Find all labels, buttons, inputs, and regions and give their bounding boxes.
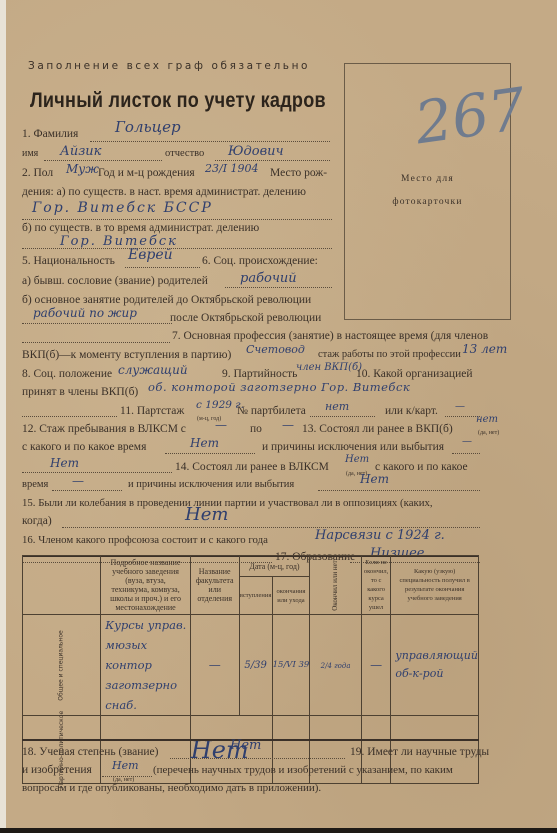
cell-course[interactable]: — [361, 615, 391, 716]
table-header-row: Подробное название учебного заведения (в… [23, 556, 479, 577]
works-note-2: вопросам и где опубликованы, необходимо … [22, 782, 321, 794]
birthplace-current-line [22, 219, 332, 220]
opposition-label-2: когда) [22, 515, 52, 527]
birth-value[interactable]: 23/I 1904 [205, 162, 259, 175]
prior-party-reason-line-2 [22, 472, 172, 473]
header-date: Дата (м-ц, год) [239, 556, 310, 577]
accepted-by-label-2: принят в члены ВКП(б) [22, 386, 138, 398]
form-title: Личный листок по учету кадров [30, 89, 326, 113]
prior-party-reason-label: и причины исключения или выбытия [262, 441, 444, 453]
parents-class-value[interactable]: рабочий [240, 271, 297, 286]
line-11-lead [22, 416, 117, 417]
header-finished: Окончил или нет [310, 556, 362, 615]
surname-line [90, 141, 330, 142]
prior-party-when-value[interactable]: Нет [190, 436, 219, 450]
works-note: (перечень научных трудов и изобретений с… [153, 764, 453, 776]
prior-party-reason-line [452, 453, 480, 454]
party-label: 9. Партийность [222, 368, 297, 380]
prior-komsomol-reason-value[interactable]: Нет [360, 472, 389, 486]
patronymic-value[interactable]: Юдович [228, 144, 284, 159]
header-institution: Подробное название учебного заведения (в… [101, 556, 190, 615]
social-status-value[interactable]: служащий [118, 363, 188, 377]
kcard-line [445, 416, 480, 417]
profession-label-2: ВКП(б)—к моменту вступления в партию) [22, 349, 231, 361]
prior-party-reason-value[interactable]: — [462, 436, 472, 447]
cell-faculty[interactable]: — [190, 615, 239, 716]
party-card-label: № партбилета [237, 405, 306, 417]
prior-komsomol-when-label-2: время [22, 479, 48, 490]
scan-bottom-edge [0, 828, 557, 833]
header-course: Если не окончил, то с какого курса ушел [361, 556, 391, 615]
profession-value[interactable]: Счетовод [246, 343, 305, 356]
birthplace-current-value[interactable]: Гор. Витебск БССР [32, 200, 213, 216]
photo-label-1: Место для [345, 174, 510, 184]
opposition-value[interactable]: Нет [185, 504, 228, 525]
komsomol-from-value[interactable]: — [215, 418, 227, 432]
header-blank [23, 556, 101, 615]
party-card-value[interactable]: нет [325, 400, 349, 413]
prior-party-when-label: с какого и по какое время [22, 441, 146, 453]
cell-left[interactable]: 15/VI 39 [272, 615, 310, 716]
social-status-label: 8. Соц. положение [22, 368, 112, 380]
nationality-value[interactable]: Еврей [128, 247, 173, 263]
works-value[interactable]: Нет [112, 759, 139, 772]
parents-class-line [225, 287, 332, 288]
komsomol-tenure-label: 12. Стаж пребывания в ВЛКСМ с [22, 423, 186, 435]
prior-komsomol-value[interactable]: Нет [345, 454, 369, 465]
birthplace-label: Место рож- [270, 167, 327, 179]
name-line [44, 160, 162, 161]
cell-entered[interactable]: 5/39 [239, 615, 272, 716]
header-note: Заполнение всех граф обязательно [28, 60, 310, 72]
party-card-line [310, 416, 375, 417]
komsomol-to-value[interactable]: — [282, 418, 294, 432]
accepted-by-value[interactable]: об. конторой заготзерно Гор. Витебск [148, 380, 410, 394]
prior-party-label: 13. Состоял ли ранее в ВКП(б) [302, 423, 453, 435]
surname-label: 1. Фамилия [22, 128, 78, 140]
parents-occupation-line [22, 323, 172, 324]
photo-label-2: фотокарточки [345, 197, 510, 207]
profession-stage-value[interactable]: 13 лет [462, 342, 507, 356]
prior-party-reason-value-2[interactable]: Нет [50, 456, 79, 470]
parents-class-label: а) бывш. сословие (звание) родителей [22, 275, 208, 287]
header-faculty: Название факультета или отделения [190, 556, 239, 615]
prior-komsomol-label: 14. Состоял ли ранее в ВЛКСМ [175, 461, 329, 473]
birthplace-current-label: дения: а) по существ. в наст. время адми… [22, 186, 306, 198]
birth-label: Год и м-ц рождения [98, 167, 195, 179]
cell-finished[interactable]: 2/4 года [310, 615, 362, 716]
works-label-2: и изобретения [22, 764, 92, 776]
prior-komsomol-when-line [52, 490, 122, 491]
profession-stage-label: стаж работы по этой профессии [318, 349, 461, 360]
profession-label: 7. Основная профессия (занятие) в настоя… [172, 330, 488, 342]
union-label: 16. Членом какого профсоюза состоит и с … [22, 534, 268, 546]
nationality-line [125, 267, 200, 268]
header-specialty: Какую (узкую) специальность получил в ре… [391, 556, 479, 615]
accepted-by-label: 10. Какой организацией [356, 368, 473, 380]
sex-value[interactable]: Муж [66, 162, 99, 176]
cell-specialty[interactable]: управляющий об-к-рой [391, 615, 479, 716]
prior-party-value[interactable]: нет [476, 414, 498, 425]
patronymic-line [215, 160, 330, 161]
party-value[interactable]: член ВКП(б) [296, 362, 362, 373]
works-label: 19. Имеет ли научные труды [350, 746, 489, 758]
kcard-label: или к/карт. [385, 405, 438, 417]
name-label: имя [22, 148, 38, 159]
after-revolution-label: после Октябрьской революции [170, 312, 321, 324]
degree-line [170, 758, 345, 759]
party-tenure-label: 11. Партстаж [120, 405, 184, 417]
header-left: окончания или ухода [272, 577, 310, 615]
prior-party-sub: (да, нет) [478, 430, 499, 436]
prior-party-when-line [165, 453, 255, 454]
prior-komsomol-when-value[interactable]: — [72, 474, 84, 488]
birthplace-then-label: б) по существ. в то время администрат. д… [22, 222, 259, 234]
cell-institution[interactable]: Курсы управ. мюзых контор заготзерно сна… [101, 615, 190, 716]
table-row: Общее и специальное Курсы управ. мюзых к… [23, 615, 479, 716]
after-revolution-line [22, 342, 170, 343]
degree-value[interactable]: Нет [230, 738, 261, 753]
kcard-value[interactable]: — [455, 401, 465, 412]
header-entered: вступления [239, 577, 272, 615]
parents-occupation-value[interactable]: рабочий по жир [33, 306, 137, 320]
name-value[interactable]: Айзик [60, 144, 101, 159]
sex-label: 2. Пол [22, 167, 53, 179]
parents-occupation-label: б) основное занятие родителей до Октябрь… [22, 294, 311, 306]
row-category: Общее и специальное [23, 615, 101, 716]
komsomol-to-label: по [250, 423, 262, 435]
prior-komsomol-reason-line [318, 490, 480, 491]
surname-value[interactable]: Гольцер [115, 118, 181, 136]
prior-komsomol-reason-label: и причины исключения или выбытия [128, 479, 294, 490]
social-origin-label: 6. Соц. происхождение: [202, 255, 318, 267]
union-value[interactable]: Нарсвязи с 1924 г. [315, 528, 445, 543]
degree-label: 18. Ученая степень (звание) [22, 746, 158, 758]
nationality-label: 5. Национальность [22, 255, 115, 267]
patronymic-label: отчество [165, 148, 204, 159]
